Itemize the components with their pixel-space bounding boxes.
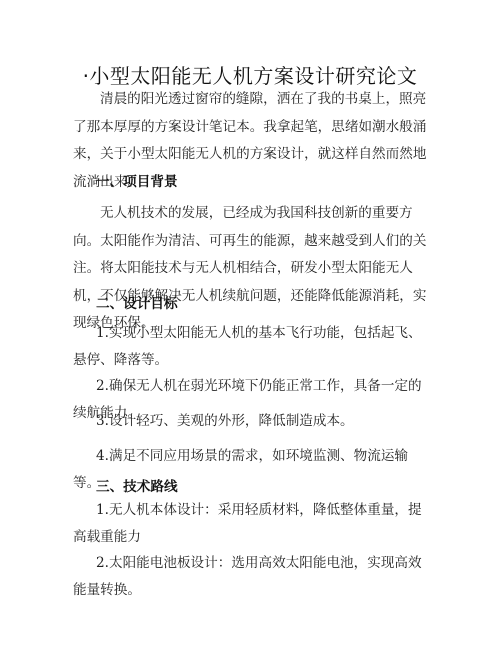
goal-item-3: 3.设计轻巧、美观的外形，降低制造成本。 <box>73 408 428 435</box>
route-item-2: 2.太阳能电池板设计：选用高效太阳能电池，实现高效能量转换。 <box>73 550 428 604</box>
section-heading-technical-route: 三、技术路线 <box>96 475 178 495</box>
section-heading-background: 一、项目背景 <box>96 170 178 190</box>
document-title: ·小型太阳能无人机方案设计研究论文 <box>0 60 500 89</box>
section-heading-goals: 二、设计目标 <box>96 292 178 312</box>
title-text: 小型太阳能无人机方案设计研究论文 <box>89 64 417 88</box>
orphan-period: 。 <box>75 520 87 537</box>
goal-item-1: 1.实现小型太阳能无人机的基本飞行功能，包括起飞、悬停、降落等。 <box>73 320 428 374</box>
document-page: ·小型太阳能无人机方案设计研究论文 清晨的阳光透过窗帘的缝隙，洒在了我的书桌上，… <box>0 0 500 647</box>
background-paragraph: 无人机技术的发展，已经成为我国科技创新的重要方向。太阳能作为清洁、可再生的能源，… <box>73 200 428 338</box>
route-item-1: 1.无人机本体设计：采用轻质材料，降低整体重量，提高载重能力 <box>73 497 428 551</box>
